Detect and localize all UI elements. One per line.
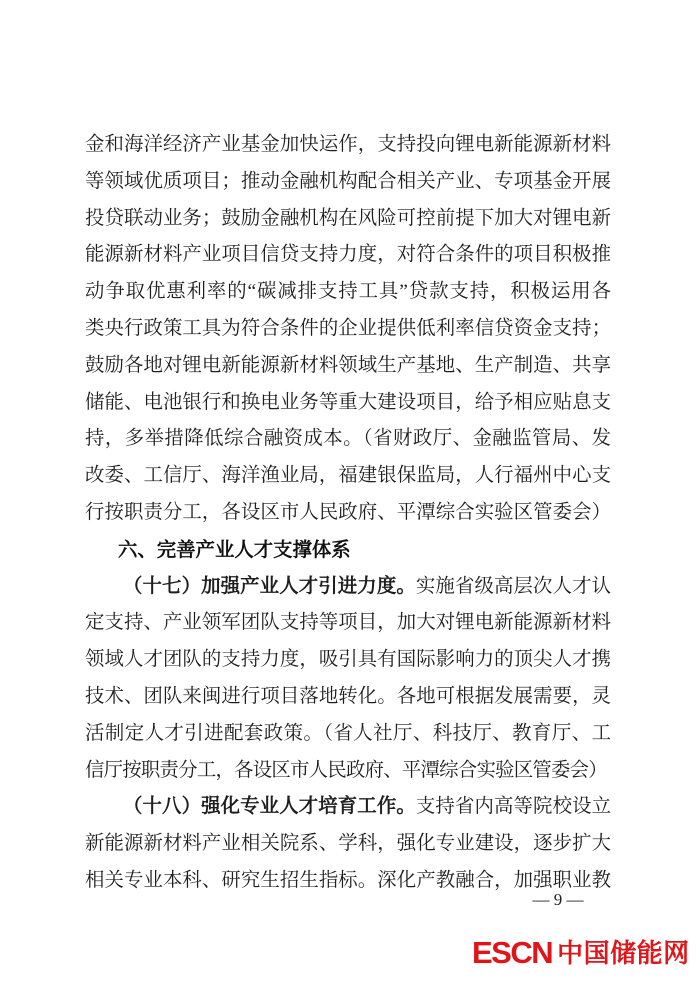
body-line: 能源新材料产业项目信贷支持力度，对符合条件的项目积极推 <box>85 237 611 274</box>
body-line: 动争取优惠利率的“碳减排支持工具”贷款支持，积极运用各 <box>85 274 611 311</box>
body-line: 改委、工信厅、海洋渔业局，福建银保监局，人行福州中心支 <box>85 458 611 495</box>
escn-logo-chinese-text: 中国储能网 <box>557 938 690 968</box>
body-line: 定支持、产业领军团队支持等项目，加大对锂电新能源新材料 <box>85 605 611 642</box>
document-page: 金和海洋经济产业基金加快运作，支持投向锂电新能源新材料 等领域优质项目；推动金融… <box>0 0 700 989</box>
body-line: 类央行政策工具为符合条件的企业提供低利率信贷资金支持； <box>85 311 611 348</box>
escn-logo-latin-text: ESCN <box>472 938 552 968</box>
para18-lead-bold: （十八）强化专业人才培育工作。 <box>123 796 416 817</box>
para17-lead-rest: 实施省级高层次人才认 <box>416 576 611 597</box>
para18-first-line: （十八）强化专业人才培育工作。支持省内高等院校设立 <box>85 789 611 826</box>
body-line: 鼓励各地对锂电新能源新材料领域生产基地、生产制造、共享 <box>85 348 611 385</box>
body-line: 活制定人才引进配套政策。（省人社厅、科技厅、教育厅、工 <box>85 716 611 753</box>
document-body: 金和海洋经济产业基金加快运作，支持投向锂电新能源新材料 等领域优质项目；推动金融… <box>85 127 611 900</box>
body-line: 行按职责分工，各设区市人民政府、平潭综合实验区管委会） <box>85 495 611 532</box>
body-line: 信厅按职责分工，各设区市人民政府、平潭综合实验区管委会） <box>85 753 611 790</box>
body-line: 等领域优质项目；推动金融机构配合相关产业、专项基金开展 <box>85 164 611 201</box>
page-number: — 9 — <box>493 888 623 912</box>
body-line: 持，多举措降低综合融资成本。（省财政厅、金融监管局、发 <box>85 421 611 458</box>
para18-lead-rest: 支持省内高等院校设立 <box>416 796 611 817</box>
body-line: 新能源新材料产业相关院系、学科，强化专业建设，逐步扩大 <box>85 826 611 863</box>
para17-lead-bold: （十七）加强产业人才引进力度。 <box>123 576 416 597</box>
para17-first-line: （十七）加强产业人才引进力度。实施省级高层次人才认 <box>85 569 611 606</box>
body-line: 技术、团队来闽进行项目落地转化。各地可根据发展需要，灵 <box>85 679 611 716</box>
body-line: 储能、电池银行和换电业务等重大建设项目，给予相应贴息支 <box>85 385 611 422</box>
body-line: 领域人才团队的支持力度，吸引具有国际影响力的顶尖人才携 <box>85 642 611 679</box>
section-heading: 六、完善产业人才支撑体系 <box>85 532 611 569</box>
body-line: 金和海洋经济产业基金加快运作，支持投向锂电新能源新材料 <box>85 127 611 164</box>
escn-logo: ESCN 中国储能网 <box>472 938 690 968</box>
body-line: 投贷联动业务；鼓励金融机构在风险可控前提下加大对锂电新 <box>85 201 611 238</box>
